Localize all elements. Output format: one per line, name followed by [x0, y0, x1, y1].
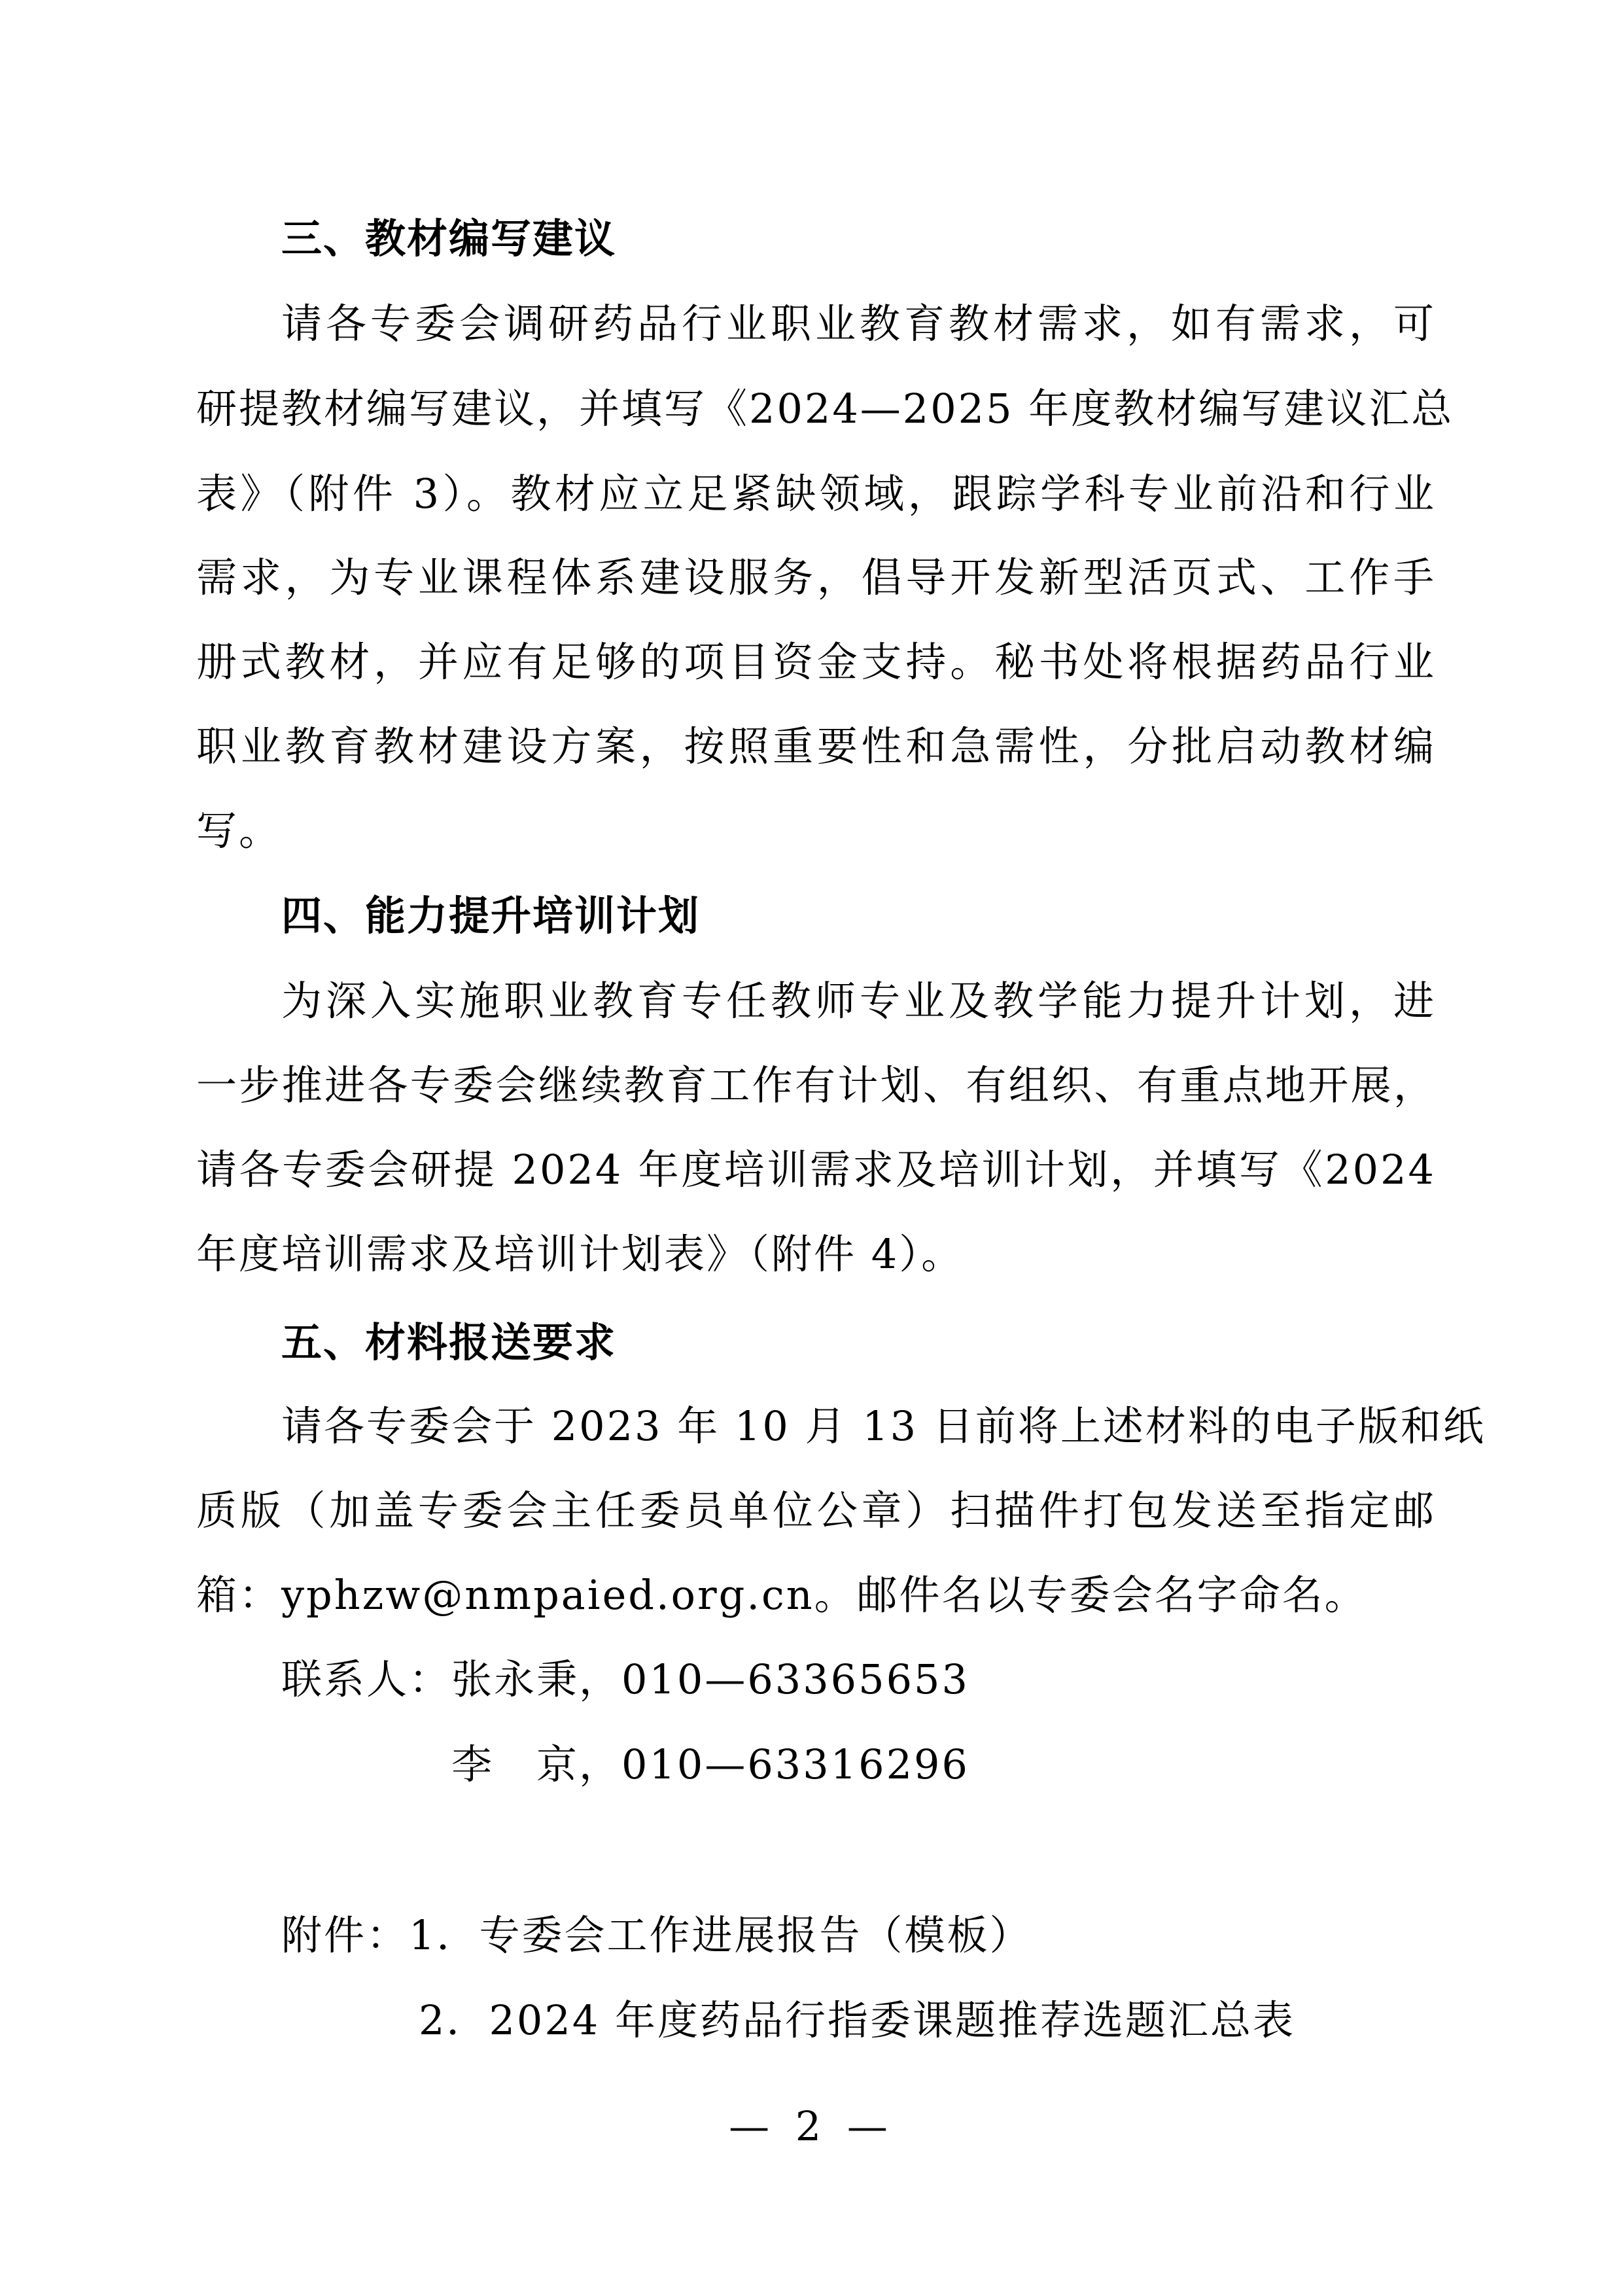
paragraph-line: 一步推进各专委会继续教育工作有计划、有组织、有重点地开展，	[196, 1059, 1436, 1112]
paragraph-line: 需求，为专业课程体系建设服务，倡导开发新型活页式、工作手	[196, 552, 1436, 604]
paragraph-line: 为深入实施职业教育专任教师专业及教学能力提升计划，进	[281, 975, 1436, 1027]
paragraph-line: 写。	[196, 805, 1436, 857]
document-page: 三、教材编写建议 请各专委会调研药品行业职业教育教材需求，如有需求，可 研提教材…	[0, 0, 1623, 2296]
section-heading-5: 五、材料报送要求	[281, 1316, 616, 1369]
paragraph-line: 年度培训需求及培训计划表》（附件 4）。	[196, 1228, 1436, 1280]
attachment-item-1: 附件：1．专委会工作进展报告（模板）	[281, 1909, 1032, 1962]
contact-line-2: 李 京，010—63316296	[451, 1739, 969, 1791]
paragraph-line: 质版（加盖专委会主任委员单位公章）扫描件打包发送至指定邮	[196, 1485, 1436, 1537]
attachment-item-2: 2．2024 年度药品行指委课题推荐选题汇总表	[419, 1994, 1295, 2047]
section-heading-4: 四、能力提升培训计划	[281, 890, 700, 942]
paragraph-line: 表》（附件 3）。教材应立足紧缺领域，跟踪学科专业前沿和行业	[196, 468, 1436, 520]
page-number: — 2 —	[0, 2100, 1623, 2153]
email-line: 箱：yphzw@nmpaied.org.cn。邮件名以专委会名字命名。	[196, 1569, 1436, 1621]
contact-line-1: 联系人：张永秉，010—63365653	[281, 1653, 969, 1706]
paragraph-line: 请各专委会调研药品行业职业教育教材需求，如有需求，可	[281, 298, 1436, 350]
paragraph-line: 研提教材编写建议，并填写《2024—2025 年度教材编写建议汇总	[196, 383, 1436, 435]
paragraph-line: 请各专委会于 2023 年 10 月 13 日前将上述材料的电子版和纸	[281, 1400, 1436, 1453]
paragraph-line: 册式教材，并应有足够的项目资金支持。秘书处将根据药品行业	[196, 636, 1436, 688]
section-heading-3: 三、教材编写建议	[281, 213, 616, 265]
paragraph-line: 请各专委会研提 2024 年度培训需求及培训计划，并填写《2024	[196, 1144, 1436, 1196]
paragraph-line: 职业教育教材建设方案，按照重要性和急需性，分批启动教材编	[196, 720, 1436, 773]
